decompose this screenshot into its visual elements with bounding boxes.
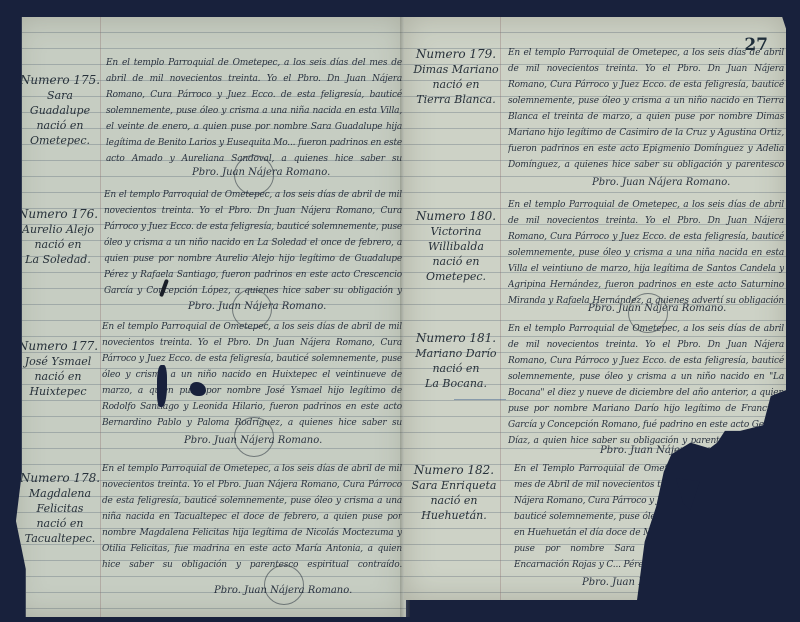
born-label: nació en — [408, 493, 500, 508]
parish-seal — [234, 417, 274, 457]
entry-number: Numero 175. — [18, 73, 102, 88]
entry-body-177: En el templo Parroquial de Ometepec, a l… — [102, 319, 402, 431]
entry-body-181: En el templo Parroquial de Ometepec, a l… — [508, 321, 784, 449]
baptized-name: Sara Enriqueta — [408, 478, 500, 493]
entry-margin-182: Numero 182. Sara Enriqueta nació en Hueh… — [408, 463, 500, 523]
priest-signature: Pbro. Juan Nájera Romano. — [592, 177, 730, 188]
entry-number: Numero 180. — [410, 209, 502, 224]
baptized-name: Dimas Mariano — [410, 62, 502, 77]
baptized-name: Sara Guadalupe — [18, 88, 102, 118]
paper-damage-hole — [157, 365, 167, 407]
entry-number: Numero 181. — [410, 331, 502, 346]
entry-margin-180: Numero 180. Victorina Willibalda nació e… — [410, 209, 502, 284]
birth-place: Tierra Blanca. — [410, 92, 502, 107]
parish-seal — [264, 565, 304, 605]
born-label: nació en — [410, 254, 502, 269]
birth-place: Huehuetán. — [408, 508, 500, 523]
entry-number: Numero 177. — [16, 339, 100, 354]
entry-margin-176: Numero 176. Aurelio Alejo nació en La So… — [16, 207, 100, 267]
born-label: nació en — [18, 118, 102, 133]
born-label: nació en — [18, 516, 102, 531]
left-page: Numero 175. Sara Guadalupe nació en Omet… — [14, 17, 406, 617]
entry-body-176: En el templo Parroquial de Ometepec, a l… — [104, 187, 402, 299]
born-label: nació en — [16, 369, 100, 384]
entry-body-175: En el templo Parroquial de Ometepec, a l… — [106, 55, 402, 167]
birth-place: Ometepec. — [410, 269, 502, 284]
born-label: nació en — [16, 237, 100, 252]
baptized-name: Victorina Willibalda — [410, 224, 502, 254]
baptized-name: Aurelio Alejo — [16, 222, 100, 237]
entry-margin-181: Numero 181. Mariano Darío nació en La Bo… — [410, 331, 502, 391]
entry-number: Numero 182. — [408, 463, 500, 478]
entry-margin-175: Numero 175. Sara Guadalupe nació en Omet… — [18, 73, 102, 148]
entry-number: Numero 178. — [18, 471, 102, 486]
birth-place: Ometepec. — [18, 133, 102, 148]
entry-number: Numero 176. — [16, 207, 100, 222]
birth-place: La Soledad. — [16, 252, 100, 267]
birth-place: Huixtepec — [16, 384, 100, 399]
entry-margin-177: Numero 177. José Ysmael nació en Huixtep… — [16, 339, 100, 399]
baptized-name: Magdalena Felicitas — [18, 486, 102, 516]
baptized-name: José Ysmael — [16, 354, 100, 369]
baptized-name: Mariano Darío — [410, 346, 502, 361]
birth-place: La Bocana. — [410, 376, 502, 391]
entry-margin-179: Numero 179. Dimas Mariano nació en Tierr… — [410, 47, 502, 107]
entry-body-179: En el templo Parroquial de Ometepec, a l… — [508, 45, 784, 173]
entry-body-178: En el templo Parroquial de Ometepec, a l… — [102, 461, 402, 573]
birth-place: Tacualtepec. — [18, 531, 102, 546]
born-label: nació en — [410, 361, 502, 376]
blue-ink-underline — [454, 399, 506, 400]
born-label: nació en — [410, 77, 502, 92]
entry-number: Numero 179. — [410, 47, 502, 62]
entry-margin-178: Numero 178. Magdalena Felicitas nació en… — [18, 471, 102, 546]
paper-damage-hole — [190, 382, 206, 396]
